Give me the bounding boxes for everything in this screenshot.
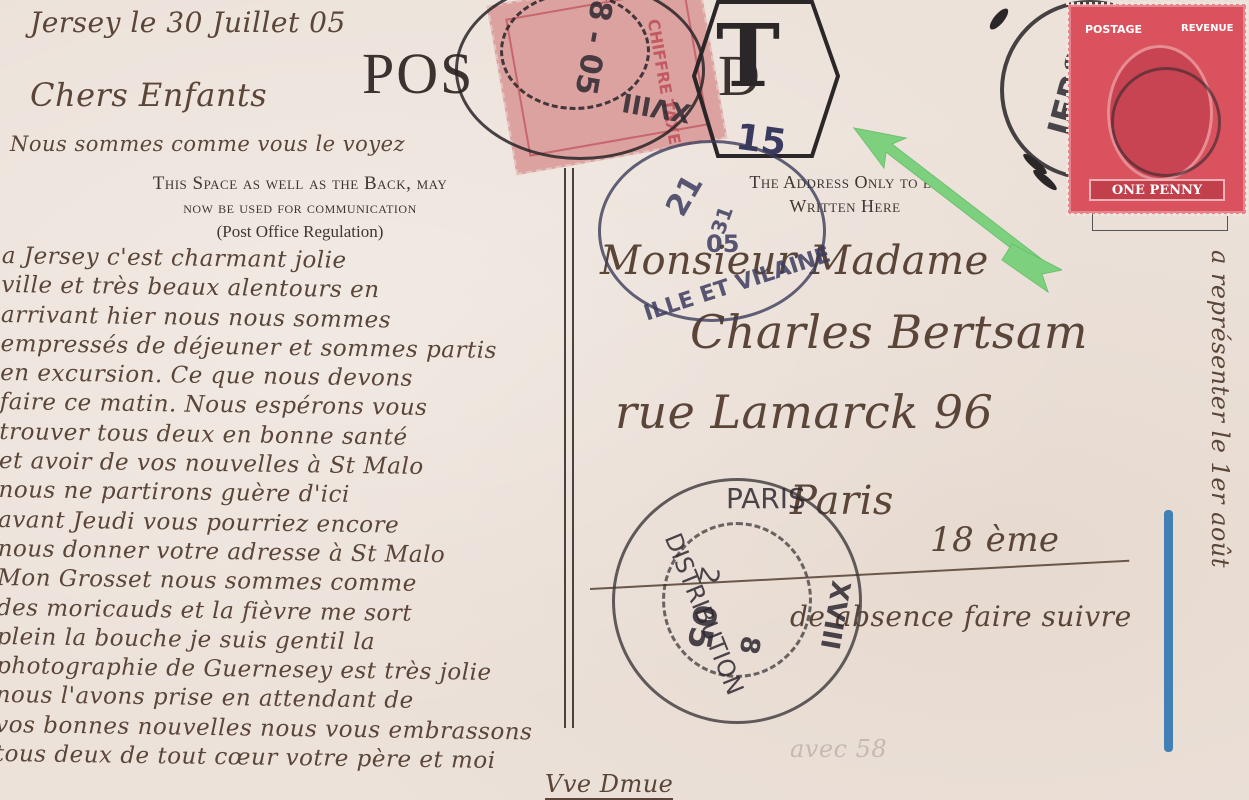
postmark-ille-year: 05	[706, 230, 739, 258]
stamp-postage-label: POSTAGE	[1085, 23, 1142, 36]
stamp-value-panel: ONE PENNY	[1089, 179, 1225, 201]
blue-pencil-mark	[1164, 510, 1173, 752]
message-salutation: Chers Enfants	[30, 76, 267, 114]
pencil-note: avec 58	[790, 735, 887, 763]
message-signature: Vve Dmue	[545, 770, 673, 800]
divider-line-right	[572, 168, 574, 728]
address-line-arrondissement: 18 ème	[930, 520, 1060, 560]
notice-line-1: This Space as well as the Back, may	[40, 172, 560, 196]
vertical-annotation: a représenter le 1er août	[1206, 250, 1234, 790]
stamp-value-label: ONE PENNY	[1112, 183, 1202, 198]
stamp-cancel-ring	[1111, 67, 1221, 177]
message-body: a Jersey c'est charmant jolie ville et t…	[2, 242, 562, 769]
message-line: Nous sommes comme vous le voyez	[10, 132, 405, 156]
postmark-paris-year: 05	[680, 602, 725, 652]
message-header-date: Jersey le 30 Juillet 05	[30, 6, 346, 39]
communication-notice: This Space as well as the Back, may now …	[40, 172, 560, 244]
postmark-paris-city: PARIS	[726, 482, 806, 515]
divider-line-left	[564, 168, 566, 728]
tax-letter: T	[716, 6, 780, 107]
address-line-street: rue Lamarck 96	[615, 385, 993, 439]
notice-line-3: (Post Office Regulation)	[40, 220, 560, 244]
postcard-back: POS D This Space as well as the Back, ma…	[0, 0, 1249, 800]
british-one-penny-stamp: POSTAGE REVENUE ONE PENNY	[1068, 4, 1246, 214]
stamp-revenue-label: REVENUE	[1181, 23, 1233, 34]
duplex-bar	[987, 6, 1011, 32]
notice-line-2: now be used for communication	[40, 196, 560, 220]
